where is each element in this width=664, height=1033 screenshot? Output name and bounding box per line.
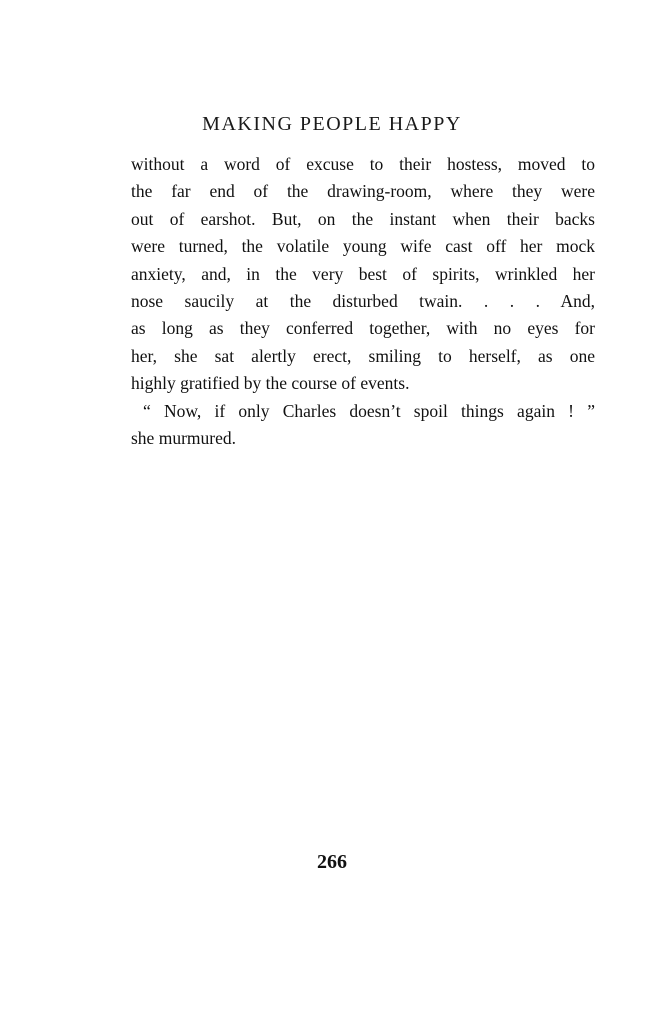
text-line: were turned, the volatile young wife cas… <box>131 233 595 260</box>
text-line: her, she sat alertly erect, smiling to h… <box>131 343 595 370</box>
text-line: the far end of the drawing-room, where t… <box>131 178 595 205</box>
text-line: as long as they conferred together, with… <box>131 315 595 342</box>
text-line: nose saucily at the disturbed twain. . .… <box>131 288 595 315</box>
text-line: out of earshot. But, on the instant when… <box>131 206 595 233</box>
text-line: anxiety, and, in the very best of spirit… <box>131 261 595 288</box>
text-line: highly gratified by the course of events… <box>131 370 595 397</box>
text-line: without a word of excuse to their hostes… <box>131 151 595 178</box>
body-text: without a word of excuse to their hostes… <box>131 151 595 452</box>
text-line: she murmured. <box>131 425 595 452</box>
dialogue-line: “ Now, if only Charles doesn’t spoil thi… <box>131 398 595 425</box>
running-head: MAKING PEOPLE HAPPY <box>0 113 664 136</box>
page-number: 266 <box>0 851 664 874</box>
